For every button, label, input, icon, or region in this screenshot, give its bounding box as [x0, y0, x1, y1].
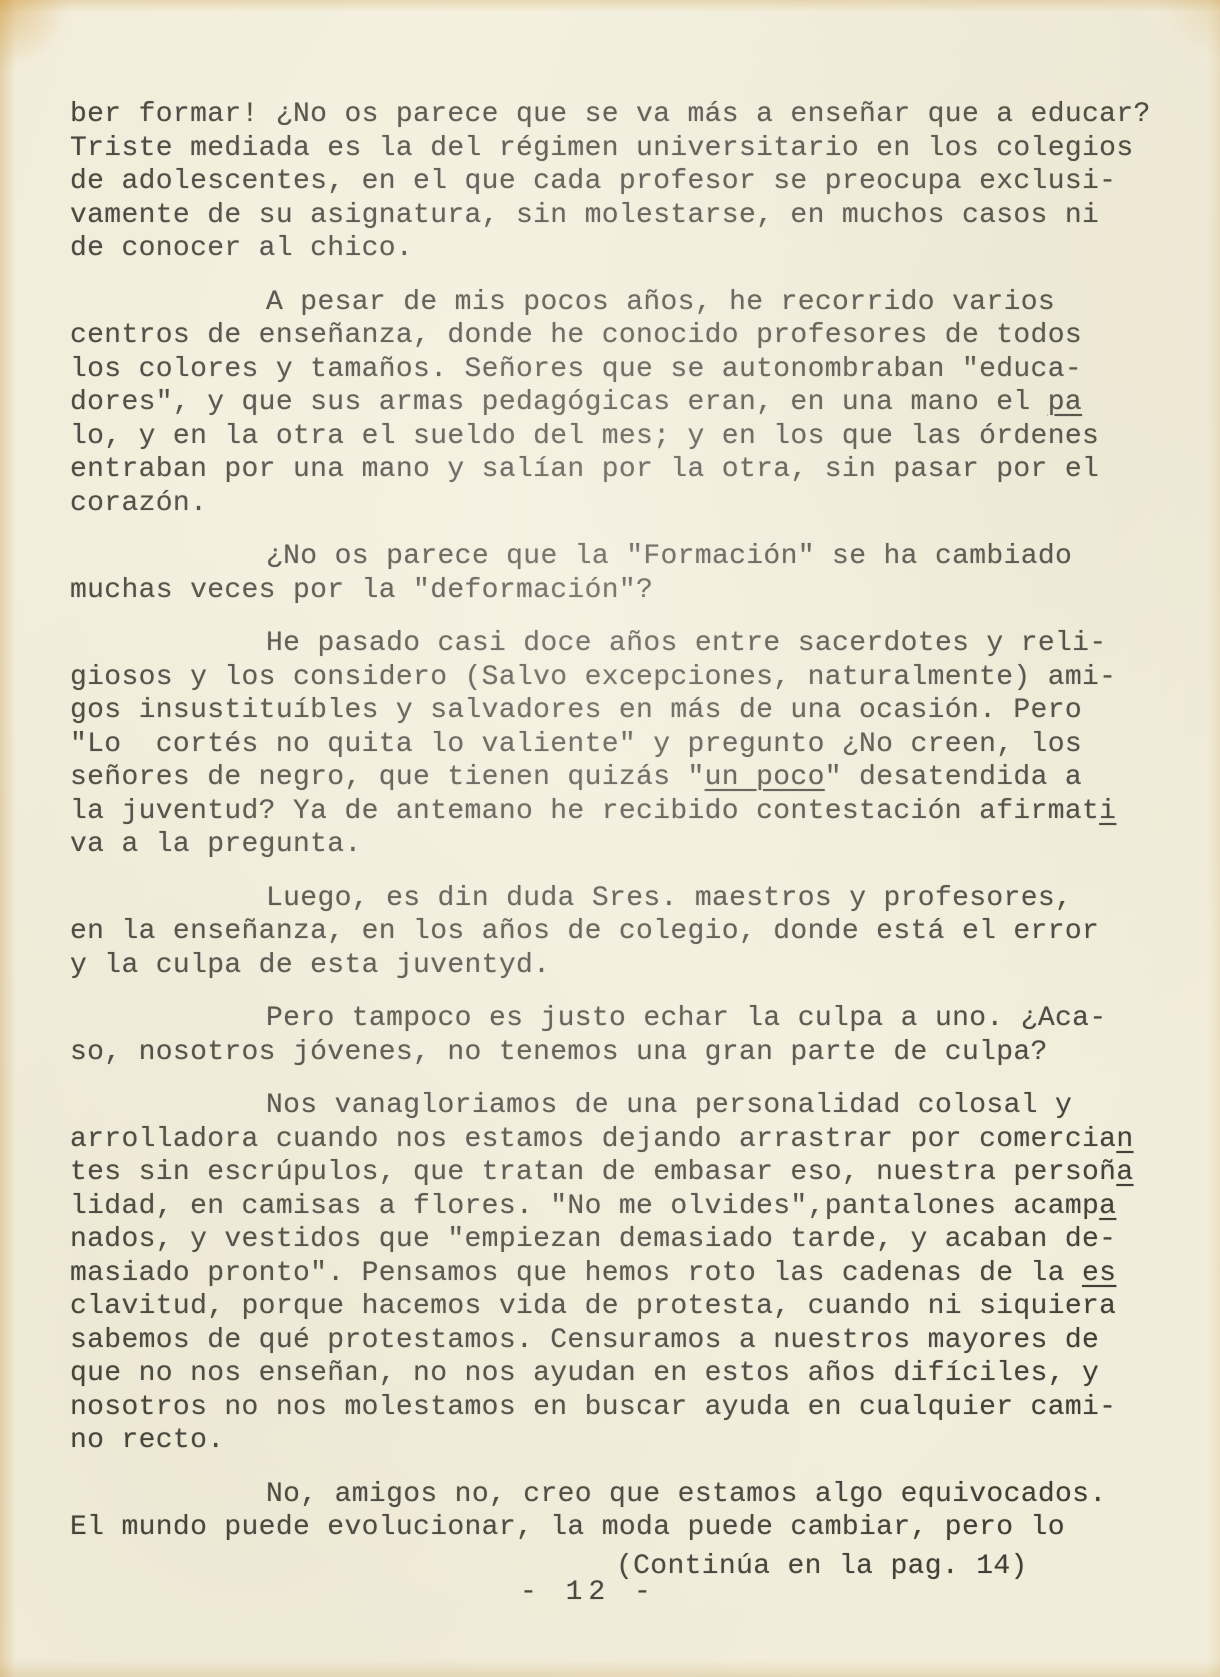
text-line: señores de negro, que tienen quizás "un …	[70, 761, 1164, 795]
text-line: El mundo puede evolucionar, la moda pued…	[70, 1511, 1164, 1545]
text-line: gos insustituíbles y salvadores en más d…	[70, 694, 1164, 728]
text-line: clavitud, porque hacemos vida de protest…	[70, 1290, 1164, 1324]
continuation-note: (Continúa en la pag. 14)	[616, 1551, 1028, 1582]
text-line: no recto.	[70, 1424, 1164, 1458]
text-line: giosos y los considero (Salvo excepcione…	[70, 661, 1164, 695]
page-number: - 12 -	[520, 1577, 657, 1608]
text-line: Luego, es din duda Sres. maestros y prof…	[70, 882, 1164, 916]
paragraph: No, amigos no, creo que estamos algo equ…	[70, 1478, 1164, 1545]
text-line: vamente de su asignatura, sin molestarse…	[70, 199, 1164, 233]
text-line: la juventud? Ya de antemano he recibido …	[70, 795, 1164, 829]
text-line: en la enseñanza, en los años de colegio,…	[70, 915, 1164, 949]
text-line: A pesar de mis pocos años, he recorrido …	[70, 286, 1164, 320]
paragraph: Pero tampoco es justo echar la culpa a u…	[70, 1002, 1164, 1069]
text-line: de conocer al chico.	[70, 232, 1164, 266]
text-line: va a la pregunta.	[70, 828, 1164, 862]
text-line: masiado pronto". Pensamos que hemos roto…	[70, 1257, 1164, 1291]
document-body: ber formar! ¿No os parece que se va más …	[0, 0, 1220, 1545]
text-line: No, amigos no, creo que estamos algo equ…	[70, 1478, 1164, 1512]
text-line: sabemos de qué protestamos. Censuramos a…	[70, 1324, 1164, 1358]
text-line: centros de enseñanza, donde he conocido …	[70, 319, 1164, 353]
text-line: so, nosotros jóvenes, no tenemos una gra…	[70, 1036, 1164, 1070]
paragraph: A pesar de mis pocos años, he recorrido …	[70, 286, 1164, 521]
text-line: muchas veces por la "deformación"?	[70, 574, 1164, 608]
text-line: y la culpa de esta juventyd.	[70, 949, 1164, 983]
text-line: nados, y vestidos que "empiezan demasiad…	[70, 1223, 1164, 1257]
text-line: He pasado casi doce años entre sacerdote…	[70, 627, 1164, 661]
text-line: de adolescentes, en el que cada profesor…	[70, 165, 1164, 199]
text-line: "Lo cortés no quita lo valiente" y pregu…	[70, 728, 1164, 762]
paragraph: ber formar! ¿No os parece que se va más …	[70, 98, 1164, 266]
paragraph: He pasado casi doce años entre sacerdote…	[70, 627, 1164, 862]
text-line: Nos vanagloriamos de una personalidad co…	[70, 1089, 1164, 1123]
paragraph: ¿No os parece que la "Formación" se ha c…	[70, 540, 1164, 607]
text-line: Triste mediada es la del régimen univers…	[70, 132, 1164, 166]
text-line: Pero tampoco es justo echar la culpa a u…	[70, 1002, 1164, 1036]
text-line: los colores y tamaños. Señores que se au…	[70, 353, 1164, 387]
paragraph: Nos vanagloriamos de una personalidad co…	[70, 1089, 1164, 1458]
text-line: lidad, en camisas a flores. "No me olvid…	[70, 1190, 1164, 1224]
text-line: ¿No os parece que la "Formación" se ha c…	[70, 540, 1164, 574]
text-line: dores", y que sus armas pedagógicas eran…	[70, 386, 1164, 420]
text-line: que no nos enseñan, no nos ayudan en est…	[70, 1357, 1164, 1391]
text-line: corazón.	[70, 487, 1164, 521]
paragraph: Luego, es din duda Sres. maestros y prof…	[70, 882, 1164, 983]
text-line: ber formar! ¿No os parece que se va más …	[70, 98, 1164, 132]
text-line: tes sin escrúpulos, que tratan de embasa…	[70, 1156, 1164, 1190]
text-line: nosotros no nos molestamos en buscar ayu…	[70, 1391, 1164, 1425]
text-line: arrolladora cuando nos estamos dejando a…	[70, 1123, 1164, 1157]
text-line: entraban por una mano y salían por la ot…	[70, 453, 1164, 487]
text-line: lo, y en la otra el sueldo del mes; y en…	[70, 420, 1164, 454]
scanned-page: ber formar! ¿No os parece que se va más …	[0, 0, 1220, 1677]
